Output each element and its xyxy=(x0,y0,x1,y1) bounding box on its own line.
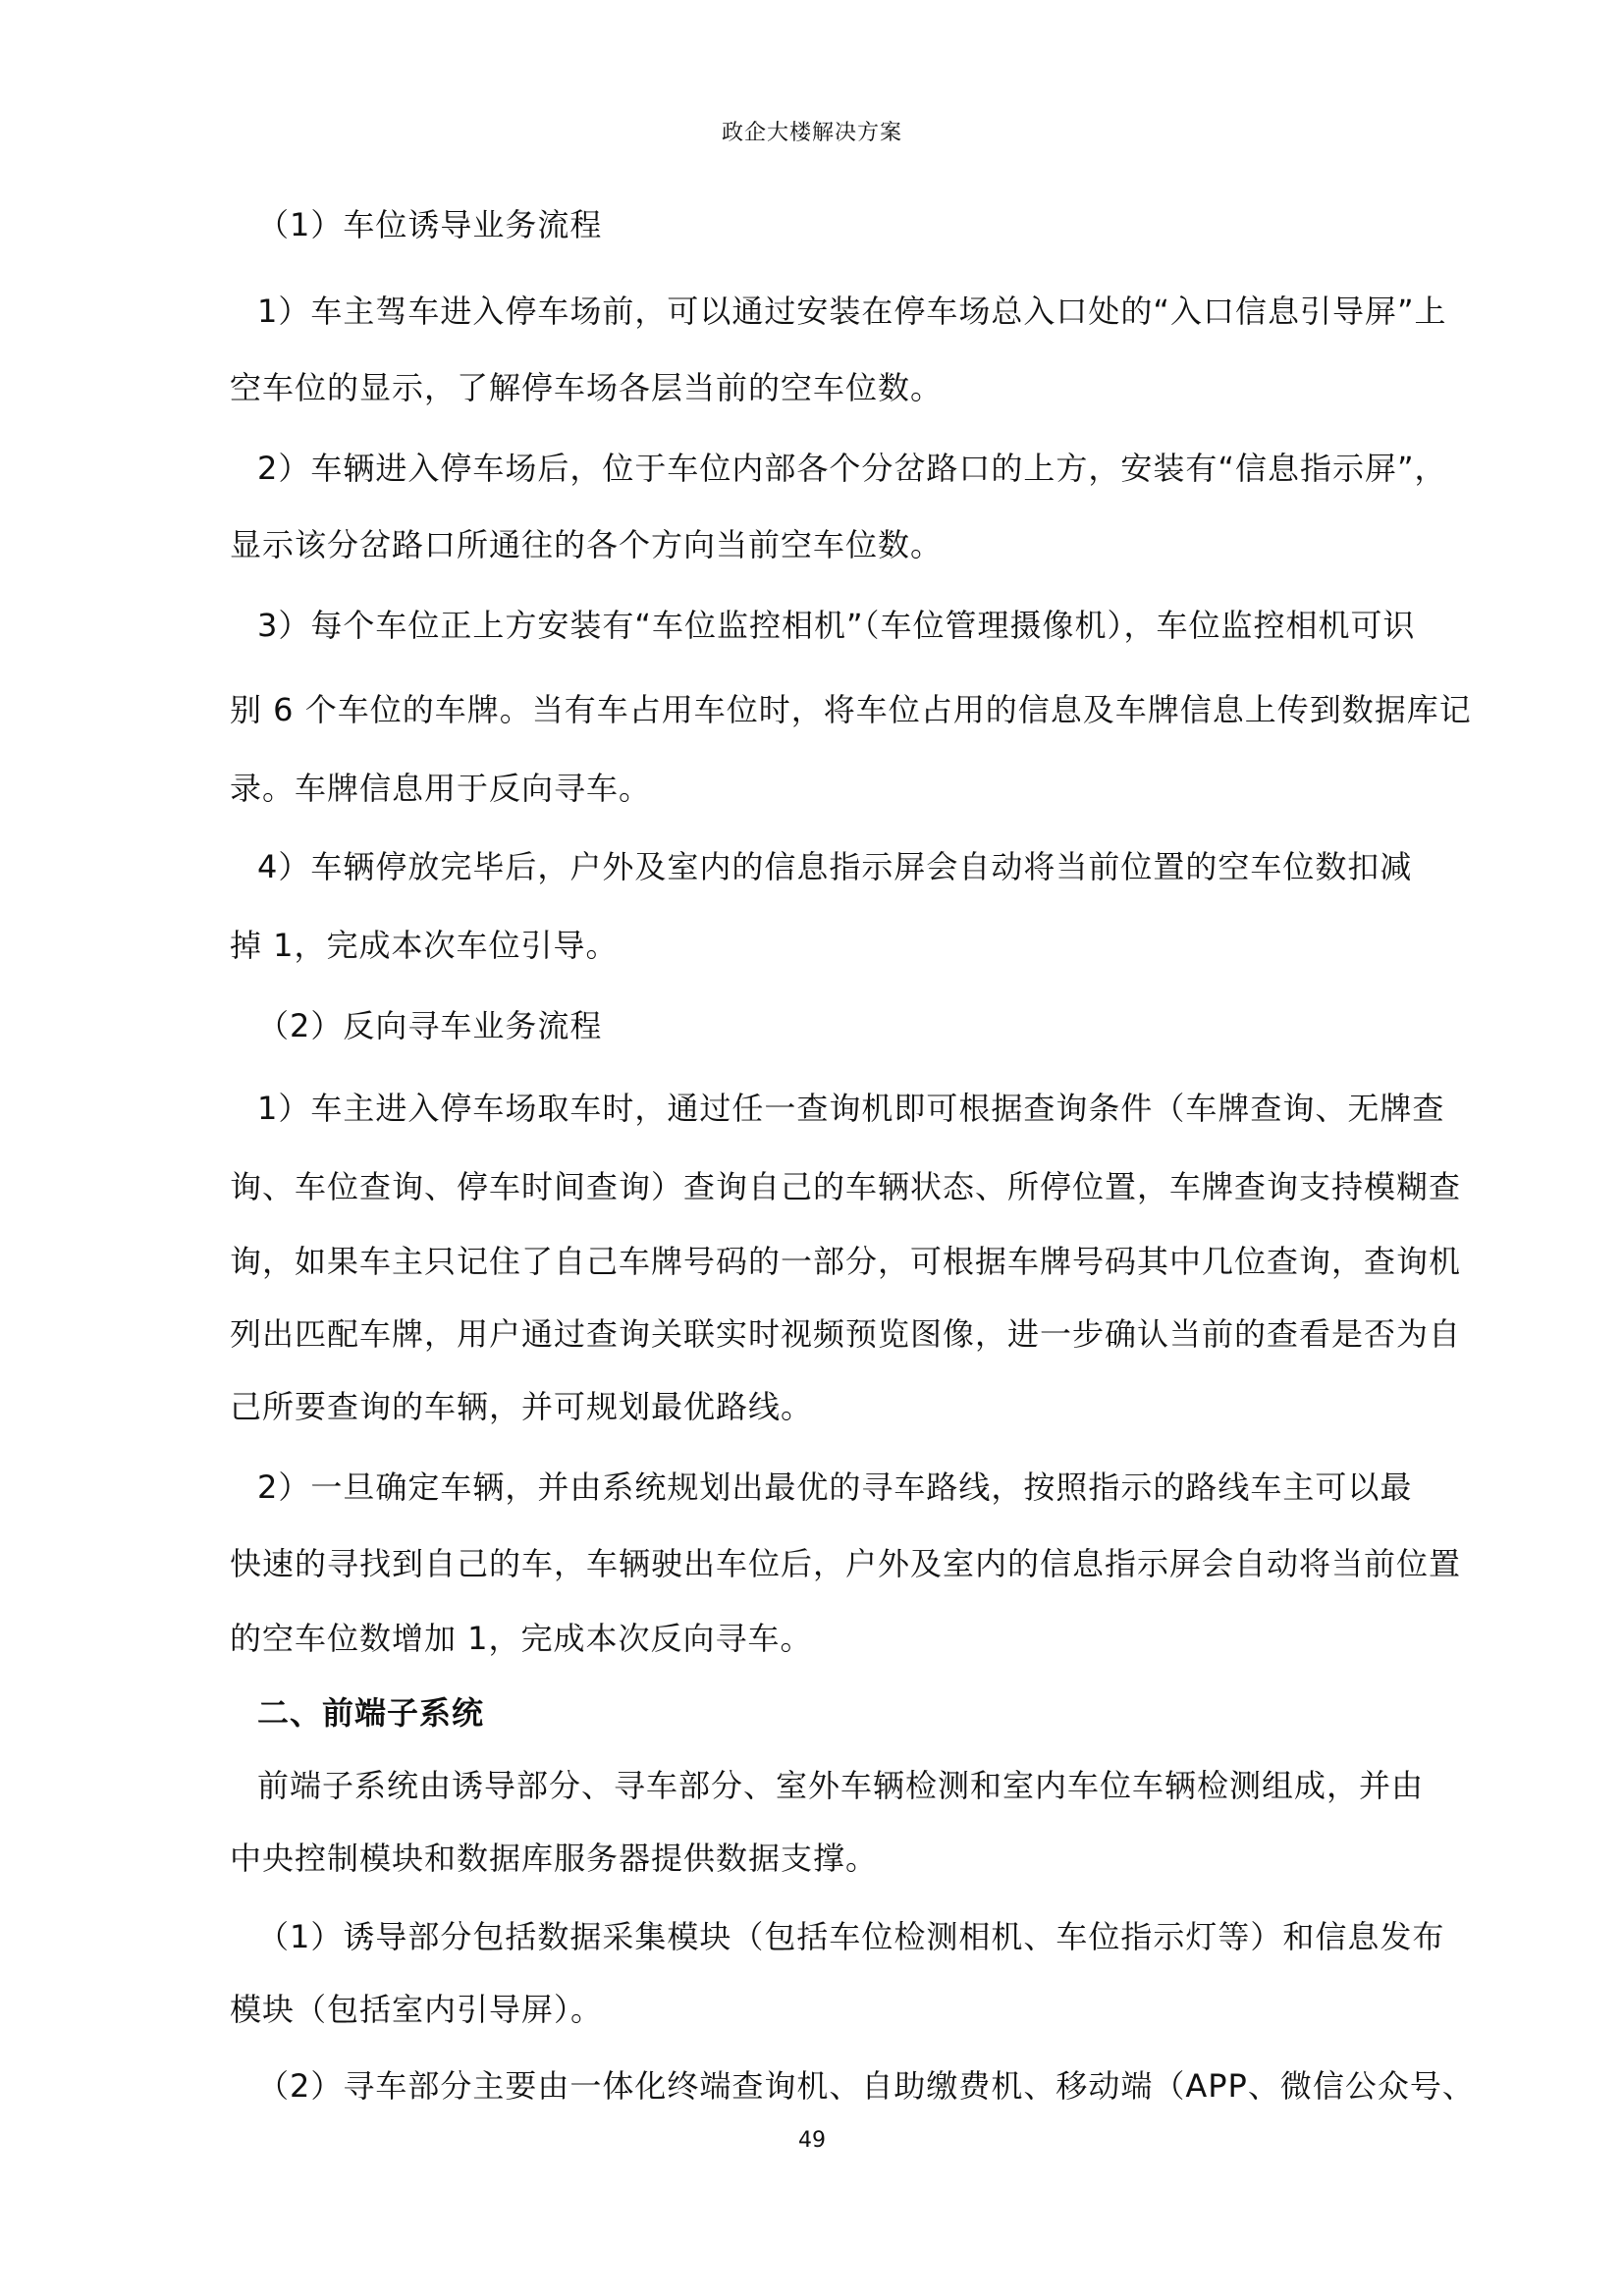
text-line: 别 6 个车位的车牌。当有车占用车位时，将车位占用的信息及车牌信息上传到数据库记 xyxy=(230,685,1472,730)
text-line: 己所要查询的车辆，并可规划最优路线。 xyxy=(230,1382,813,1427)
text-line: （2）寻车部分主要由一体化终端查询机、自助缴费机、移动端（APP、微信公众号、 xyxy=(257,2061,1475,2107)
text-line: 询、车位查询、停车时间查询）查询自己的车辆状态、所停位置，车牌查询支持模糊查 xyxy=(230,1162,1461,1207)
text-line: 1）车主进入停车场取车时，通过任一查询机即可根据查询条件（车牌查询、无牌查 xyxy=(257,1084,1444,1129)
text-line: （2）反向寻车业务流程 xyxy=(257,1001,602,1046)
text-line: 3）每个车位正上方安装有“车位监控相机”（车位管理摄像机），车位监控相机可识 xyxy=(257,601,1416,646)
text-line: 空车位的显示，了解停车场各层当前的空车位数。 xyxy=(230,363,943,408)
text-line: 2）一旦确定车辆，并由系统规划出最优的寻车路线，按照指示的路线车主可以最 xyxy=(257,1463,1412,1508)
text-line: 列出匹配车牌，用户通过查询关联实时视频预览图像，进一步确认当前的查看是否为自 xyxy=(230,1309,1461,1355)
text-line: （1）车位诱导业务流程 xyxy=(257,200,602,245)
text-line: 快速的寻找到自己的车，车辆驶出车位后，户外及室内的信息指示屏会自动将当前位置 xyxy=(230,1539,1461,1584)
text-line: 模块（包括室内引导屏）。 xyxy=(230,1985,603,2030)
section-heading: 二、前端子系统 xyxy=(257,1688,484,1734)
text-line: 中央控制模块和数据库服务器提供数据支撑。 xyxy=(230,1834,878,1879)
text-line: 掉 1，完成本次车位引导。 xyxy=(230,921,619,966)
text-line: 1）车主驾车进入停车场前，可以通过安装在停车场总入口处的“入口信息引导屏”上 xyxy=(257,287,1447,332)
text-line: 4）车辆停放完毕后，户外及室内的信息指示屏会自动将当前位置的空车位数扣减 xyxy=(257,842,1412,887)
text-line: （1）诱导部分包括数据采集模块（包括车位检测相机、车位指示灯等）和信息发布 xyxy=(257,1912,1444,1957)
text-line: 前端子系统由诱导部分、寻车部分、室外车辆检测和室内车位车辆检测组成，并由 xyxy=(257,1761,1424,1806)
text-line: 询，如果车主只记住了自己车牌号码的一部分，可根据车牌号码其中几位查询，查询机 xyxy=(230,1237,1461,1282)
text-line: 显示该分岔路口所通往的各个方向当前空车位数。 xyxy=(230,520,943,565)
page-header: 政企大楼解决方案 xyxy=(0,116,1624,146)
page-number: 49 xyxy=(0,2128,1624,2153)
text-line: 2）车辆进入停车场后，位于车位内部各个分岔路口的上方，安装有“信息指示屏”， xyxy=(257,444,1447,489)
text-line: 的空车位数增加 1，完成本次反向寻车。 xyxy=(230,1614,813,1659)
text-line: 录。车牌信息用于反向寻车。 xyxy=(230,764,651,809)
